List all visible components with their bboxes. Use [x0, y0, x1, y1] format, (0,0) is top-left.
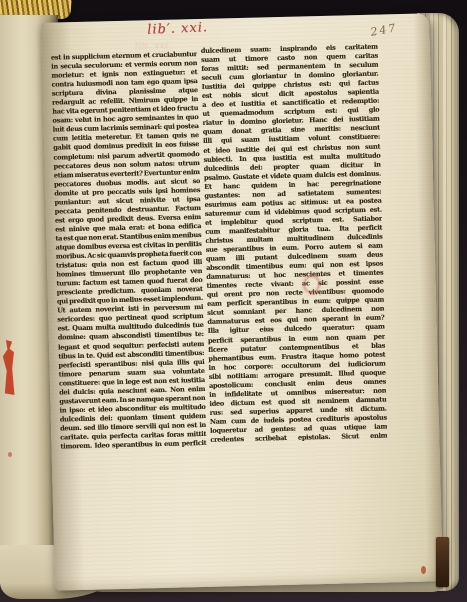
text-column-left: est in supplicium eternum et cruciabuntu…	[51, 50, 207, 452]
manuscript-photo: lib′. xxi. lib. xxi. 247 est in supplici…	[0, 0, 467, 602]
leather-tab	[436, 537, 449, 587]
rubric-header: lib′. xxi.	[147, 20, 208, 38]
red-ink-speck	[8, 452, 12, 457]
red-tab-dot	[421, 566, 426, 574]
book-page: lib′. xxi. lib. xxi. 247 est in supplici…	[41, 13, 443, 590]
text-column-right: dulcedinem suam: inspirando eis caritate…	[201, 43, 388, 445]
